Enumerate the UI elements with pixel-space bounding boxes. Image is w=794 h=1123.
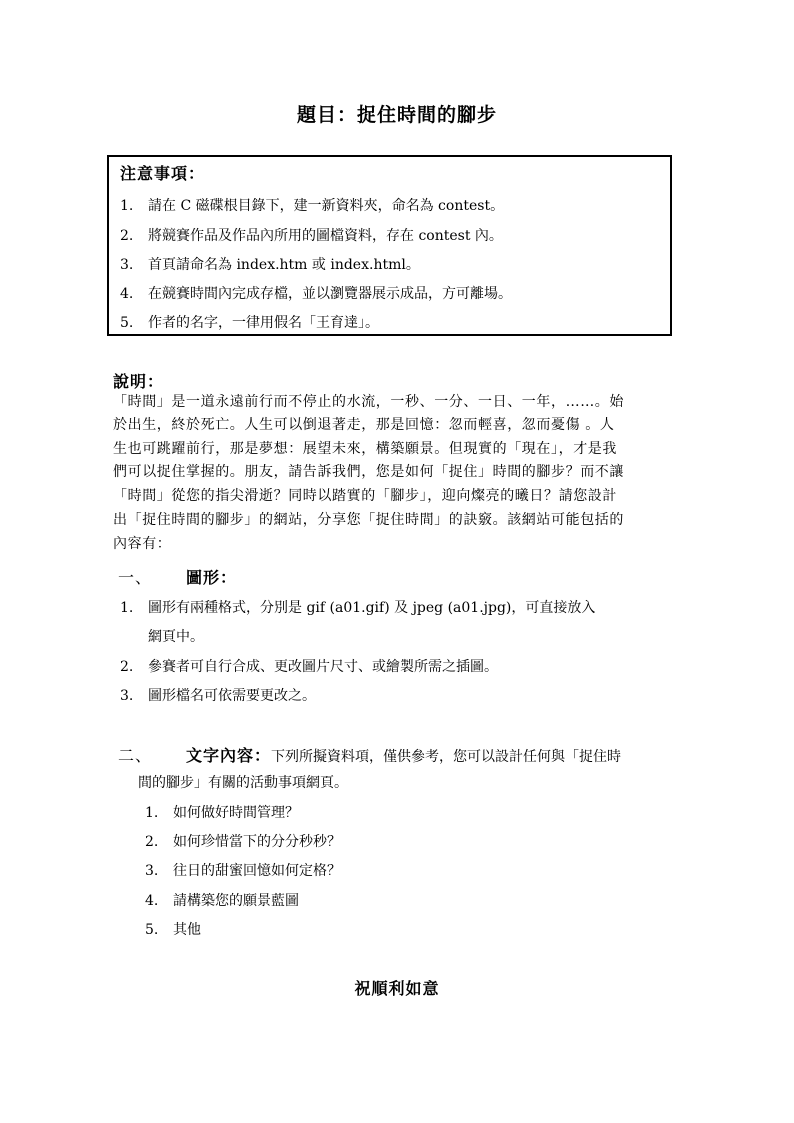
graphics-item: 2.參賽者可自行合成、更改圖片尺寸、或繪製所需之插圖。 [120, 656, 498, 676]
notice-item-number: 5. [120, 315, 148, 331]
notice-item: 5.作者的名字，一律用假名「王育達」。 [120, 312, 379, 332]
graphics-item-number: 3. [120, 688, 148, 704]
graphics-item-continuation: 網頁中。 [148, 626, 204, 646]
section-text-intro: 下列所擬資料項，僅供參考，您可以設計任何與「捉住時 [271, 749, 621, 765]
section-graphics-index: 一、 [118, 565, 152, 588]
graphics-item-number: 1. [120, 600, 148, 616]
notice-item: 3.首頁請命名為 index.htm 或 index.html。 [120, 254, 420, 274]
graphics-item-text: 圖形檔名可依需要更改之。 [148, 688, 316, 704]
notice-item-text: 請在 C 磁碟根目錄下，建一新資料夾，命名為 contest。 [148, 198, 504, 214]
text-item-number: 1. [145, 805, 173, 821]
notice-item-number: 2. [120, 228, 148, 244]
notice-item: 1.請在 C 磁碟根目錄下，建一新資料夾，命名為 contest。 [120, 195, 504, 215]
text-item-number: 2. [145, 834, 173, 850]
description-line: 出「捉住時間的腳步」的網站，分享您「捉住時間」的訣竅。該網站可能包括的 [113, 509, 624, 529]
description-heading: 說明： [113, 369, 164, 392]
text-item-text: 往日的甜蜜回憶如何定格？ [173, 863, 341, 879]
notice-item-text: 作者的名字，一律用假名「王育達」。 [148, 315, 379, 331]
text-item-text: 如何珍惜當下的分分秒秒？ [173, 834, 341, 850]
notice-item: 2.將競賽作品及作品內所用的圖檔資料，存在 contest 內。 [120, 225, 503, 245]
graphics-item: 3.圖形檔名可依需要更改之。 [120, 685, 316, 705]
graphics-item-number: 2. [120, 659, 148, 675]
section-text-intro-continuation: 間的腳步」有關的活動事項網頁。 [138, 772, 348, 792]
section-graphics-heading: 圖形： [186, 565, 237, 588]
notice-item-text: 將競賽作品及作品內所用的圖檔資料，存在 contest 內。 [148, 228, 503, 244]
notice-item-text: 首頁請命名為 index.htm 或 index.html。 [148, 257, 420, 273]
section-text-index: 二、 [118, 743, 152, 766]
text-item: 5.其他 [145, 919, 201, 939]
graphics-item-text: 圖形有兩種格式，分別是 gif (a01.gif) 及 jpeg (a01.jp… [148, 600, 595, 616]
description-line: 內容有： [113, 533, 171, 553]
section-text-heading-line: 文字內容：下列所擬資料項，僅供參考，您可以設計任何與「捉住時 [186, 743, 621, 766]
notice-item-number: 4. [120, 286, 148, 302]
notice-item-number: 1. [120, 198, 148, 214]
text-item: 1.如何做好時間管理？ [145, 802, 299, 822]
section-text-heading: 文字內容： [186, 746, 271, 765]
text-item-text: 請構築您的願景藍圖 [173, 893, 299, 909]
text-item-text: 其他 [173, 922, 201, 938]
description-line: 「時間」從您的指尖滑逝？同時以踏實的「腳步」，迎向燦亮的曦日？請您設計 [113, 485, 617, 505]
text-item: 4.請構築您的願景藍圖 [145, 890, 299, 910]
document-title: 題目：捉住時間的腳步 [0, 100, 794, 127]
description-line: 「時間」是一道永遠前行而不停止的水流，一秒、一分、一日、一年，……。始 [113, 391, 624, 411]
description-line: 於出生，終於死亡。人生可以倒退著走，那是回憶：忽而輕喜，忽而憂傷 。人 [113, 414, 614, 434]
notice-item-text: 在競賽時間內完成存檔，並以瀏覽器展示成品，方可離場。 [148, 286, 512, 302]
description-line: 們可以捉住掌握的。朋友，請告訴我們，您是如何「捉住」時間的腳步？而不讓 [113, 461, 624, 481]
text-item-text: 如何做好時間管理？ [173, 805, 299, 821]
closing-wish: 祝順利如意 [0, 976, 794, 999]
text-item-number: 3. [145, 863, 173, 879]
text-item-number: 4. [145, 893, 173, 909]
text-item-number: 5. [145, 922, 173, 938]
text-item: 2.如何珍惜當下的分分秒秒？ [145, 831, 341, 851]
notice-item: 4.在競賽時間內完成存檔，並以瀏覽器展示成品，方可離場。 [120, 283, 512, 303]
description-line: 生也可跳躍前行，那是夢想：展望未來，構築願景。但現實的「現在」，才是我 [113, 438, 617, 458]
graphics-item-text: 參賽者可自行合成、更改圖片尺寸、或繪製所需之插圖。 [148, 659, 498, 675]
notice-item-number: 3. [120, 257, 148, 273]
graphics-item: 1.圖形有兩種格式，分別是 gif (a01.gif) 及 jpeg (a01.… [120, 597, 595, 617]
notice-heading: 注意事項： [120, 161, 205, 184]
text-item: 3.往日的甜蜜回憶如何定格？ [145, 860, 341, 880]
